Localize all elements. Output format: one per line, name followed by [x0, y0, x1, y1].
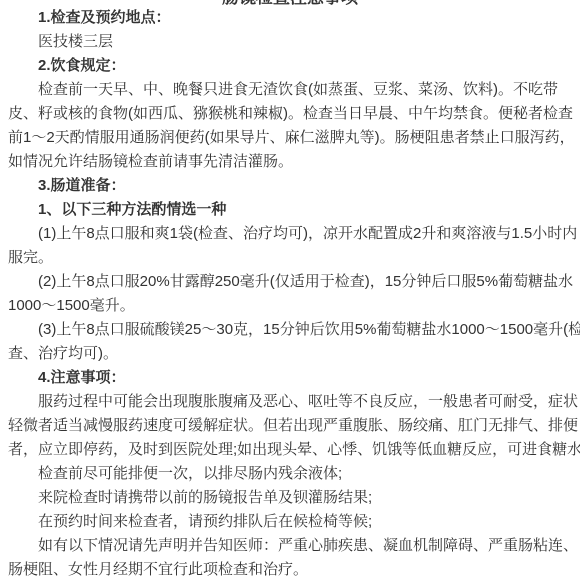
paragraph: (2)上午8点口服20%甘露醇250毫升(仅适用于检查)，15分钟后口服5%葡萄… [8, 270, 572, 318]
paragraph: (3)上午8点口服硫酸镁25～30克，15分钟后饮用5%葡萄糖盐水1000～15… [8, 318, 572, 366]
paragraph: 检查前一天早、中、晚餐只进食无渣饮食(如蒸蛋、豆浆、菜汤、饮料)。不吃带皮、籽或… [8, 78, 572, 174]
text-line: 前1～2天酌情服用通肠润便药(如果导片、麻仁滋脾丸等)。肠梗阻患者禁止口服泻药， [8, 126, 572, 150]
text-line: 1、以下三种方法酌情选一种 [8, 198, 572, 222]
text-line: 如情况允许结肠镜检查前请事先清洁灌肠。 [8, 150, 572, 174]
document-body: 1.检查及预约地点：医技楼三层2.饮食规定：检查前一天早、中、晚餐只进食无渣饮食… [0, 6, 580, 579]
paragraph: 服药过程中可能会出现腹胀腹痛及恶心、呕吐等不良反应，一般患者可耐受，症状轻微者适… [8, 390, 572, 462]
text-line: 肠梗阻、女性月经期不宜行此项检查和治疗。 [8, 558, 572, 579]
text-line: 1000～1500毫升。 [8, 294, 572, 318]
text-line: 查、治疗均可)。 [8, 342, 572, 366]
text-line: 服药过程中可能会出现腹胀腹痛及恶心、呕吐等不良反应，一般患者可耐受，症状 [8, 390, 572, 414]
paragraph: (1)上午8点口服和爽1袋(检查、治疗均可)，凉开水配置成2升和爽溶液与1.5小… [8, 222, 572, 270]
section-heading: 4.注意事项： [8, 366, 572, 390]
paragraph: 医技楼三层 [8, 30, 572, 54]
section-heading: 3.肠道准备： [8, 174, 572, 198]
text-line: 2.饮食规定： [8, 54, 572, 78]
text-line: (1)上午8点口服和爽1袋(检查、治疗均可)，凉开水配置成2升和爽溶液与1.5小… [8, 222, 572, 246]
text-line: 1.检查及预约地点： [8, 6, 572, 30]
paragraph: 在预约时间来检查者，请预约排队后在候检椅等候; [8, 510, 572, 534]
text-line: 检查前尽可能排便一次，以排尽肠内残余液体; [8, 462, 572, 486]
text-line: 来院检查时请携带以前的肠镜报告单及钡灌肠结果; [8, 486, 572, 510]
document-page: 肠镜检查注意事项 1.检查及预约地点：医技楼三层2.饮食规定：检查前一天早、中、… [0, 0, 580, 579]
text-line: 在预约时间来检查者，请预约排队后在候检椅等候; [8, 510, 572, 534]
text-line: 如有以下情况请先声明并告知医师：严重心肺疾患、凝血机制障碍、严重肠粘连、 [8, 534, 572, 558]
text-line: (3)上午8点口服硫酸镁25～30克，15分钟后饮用5%葡萄糖盐水1000～15… [8, 318, 572, 342]
text-line: 轻微者适当减慢服药速度可缓解症状。但若出现严重腹胀、肠绞痛、肛门无排气、排便 [8, 414, 572, 438]
text-line: 者，应立即停药，及时到医院处理;如出现头晕、心悸、饥饿等低血糖反应，可进食糖水; [8, 438, 572, 462]
text-line: 检查前一天早、中、晚餐只进食无渣饮食(如蒸蛋、豆浆、菜汤、饮料)。不吃带 [8, 78, 572, 102]
text-line: 3.肠道准备： [8, 174, 572, 198]
paragraph: 来院检查时请携带以前的肠镜报告单及钡灌肠结果; [8, 486, 572, 510]
text-line: 皮、籽或核的食物(如西瓜、猕猴桃和辣椒)。检查当日早晨、中午均禁食。便秘者检查 [8, 102, 572, 126]
text-line: 4.注意事项： [8, 366, 572, 390]
text-line: 服完。 [8, 246, 572, 270]
section-heading: 1.检查及预约地点： [8, 6, 572, 30]
section-heading: 2.饮食规定： [8, 54, 572, 78]
section-heading: 1、以下三种方法酌情选一种 [8, 198, 572, 222]
paragraph: 检查前尽可能排便一次，以排尽肠内残余液体; [8, 462, 572, 486]
text-line: (2)上午8点口服20%甘露醇250毫升(仅适用于检查)，15分钟后口服5%葡萄… [8, 270, 572, 294]
text-line: 医技楼三层 [8, 30, 572, 54]
paragraph: 如有以下情况请先声明并告知医师：严重心肺疾患、凝血机制障碍、严重肠粘连、肠梗阻、… [8, 534, 572, 579]
